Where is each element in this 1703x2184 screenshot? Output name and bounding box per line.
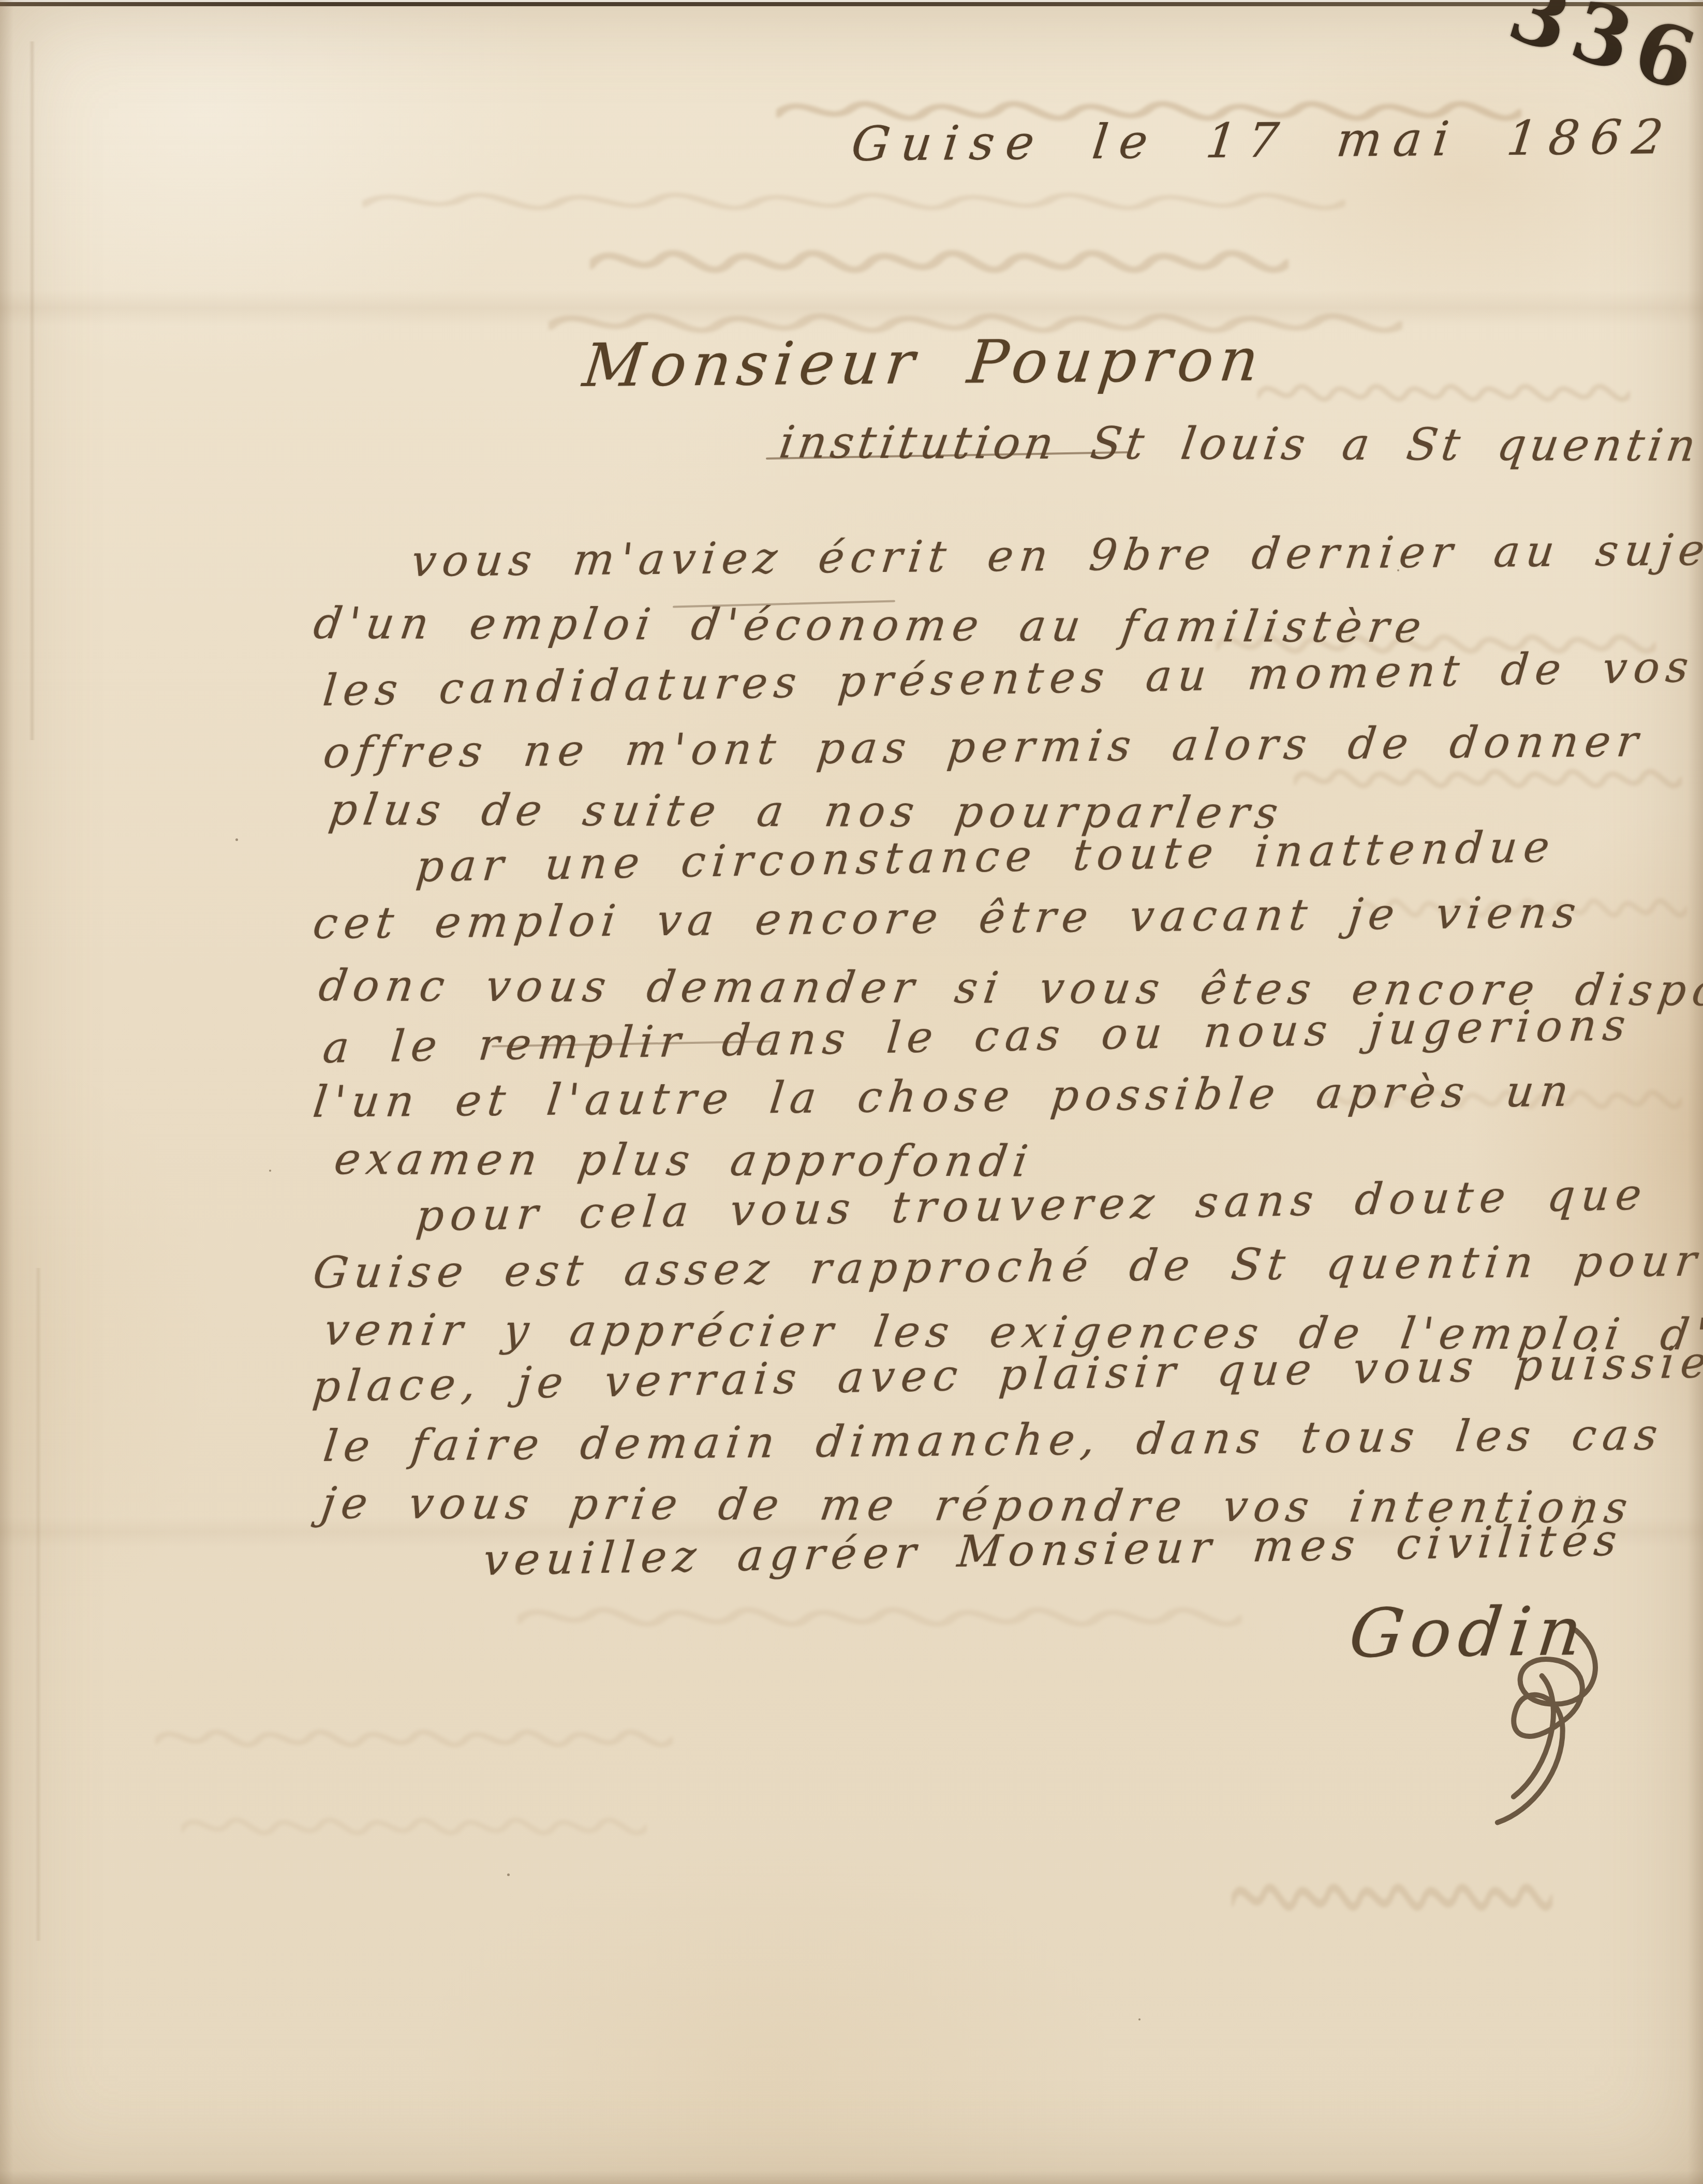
letter-page: 336 Guise le 17 mai 1862 Monsieur Poupro… [0,0,1703,2184]
paper-right-edge-shadow [1687,0,1703,2184]
paper-fleck [1397,569,1399,571]
bleedthrough-ink-line [181,1796,647,1853]
bleedthrough-signature [1232,1853,1552,1936]
bleedthrough-ink-line [1257,362,1630,419]
scan-top-dark-edge [0,2,1703,6]
letter-line: le faire demain dimanche, dans tous les … [321,1409,1666,1471]
date-line: Guise le 17 mai 1862 [849,109,1677,172]
paper-left-edge-shadow [0,0,13,2184]
recipient-name: Monsieur Poupron [580,326,1268,401]
vertical-crease [35,1268,41,1941]
horizontal-fold-crease [0,290,1703,326]
paper-fleck [269,1170,271,1172]
letter-line: d'un emploi d'économe au familistère [310,598,1431,653]
bleedthrough-ink-line [590,223,1289,295]
archive-number-stamp: 336 [1499,0,1703,112]
paper-bottom-edge-shadow [0,2171,1703,2184]
letter-line: les candidatures présentes au moment de … [321,641,1697,716]
paper-fleck [1138,2018,1141,2020]
paper-fleck [235,838,238,841]
vertical-crease [29,41,35,740]
letter-line: Guise est assez rapproché de St quentin … [310,1235,1703,1298]
paper-fleck [1578,1496,1581,1498]
letter-line: examen plus approfondi [331,1133,1037,1187]
bleedthrough-ink-line [155,1708,673,1765]
paper-fleck [507,1873,510,1876]
letter-line: offres ne m'ont pas permis alors de donn… [321,716,1647,778]
letter-line: l'un et l'autre la chose possible après … [310,1066,1577,1127]
bleedthrough-ink-line [362,171,1345,228]
paper-fleck [828,360,830,362]
letter-line: vous m'aviez écrit en 9bre dernier au su… [409,524,1703,586]
letter-line: cet emploi va encore être vacant je vien… [310,887,1584,949]
recipient-address: institution St louis a St quentin [776,417,1703,471]
paper-fleck [629,1283,631,1286]
bleedthrough-ink-line [517,1584,1242,1646]
